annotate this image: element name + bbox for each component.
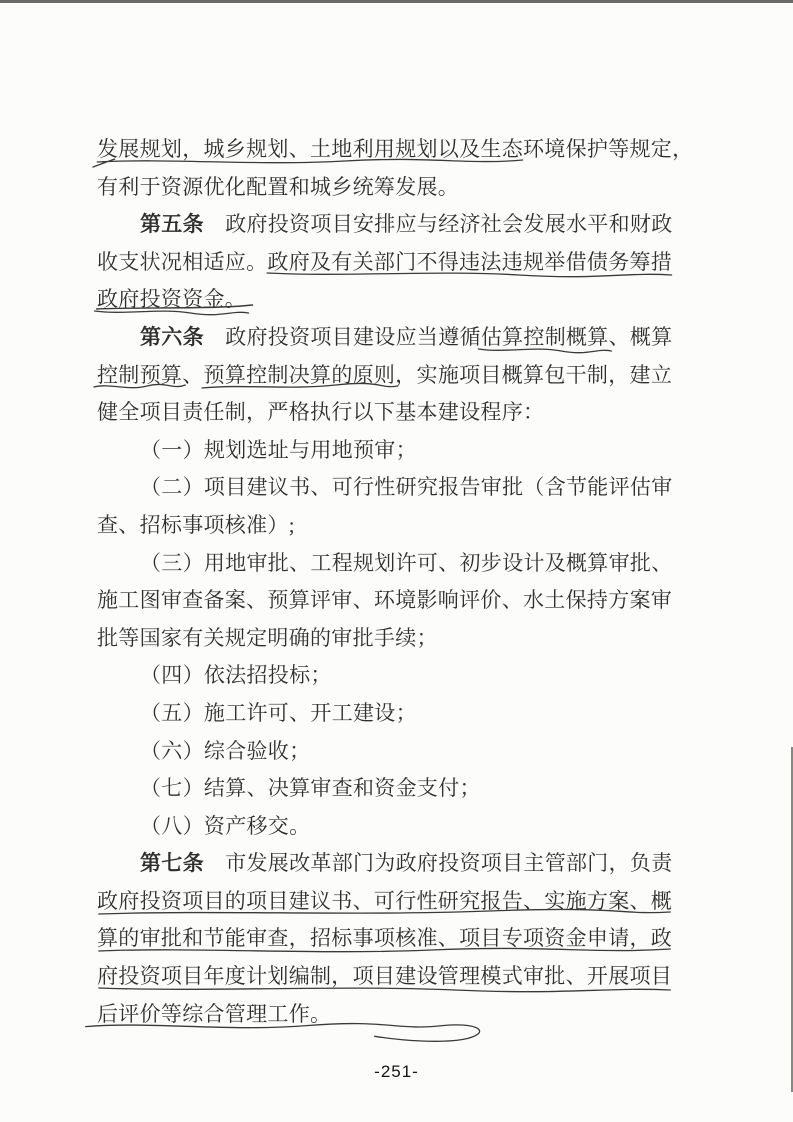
- text-line: 批等国家有关规定明确的审批手续；: [97, 620, 697, 658]
- text: 市发展改革部门为政府投资项目主管部门，负责: [204, 851, 673, 875]
- text-segment: 健全项目责任制，严格执行以下基本建设程序：: [97, 394, 544, 432]
- text: 政府投资项目安排应与经济社会发展水平和财政: [204, 212, 673, 236]
- text: （一）规划选址与用地预审；: [140, 438, 417, 462]
- text-segment: 批等国家有关规定明确的审批手续；: [97, 620, 438, 658]
- text-segment: （八）资产移交。: [140, 808, 310, 846]
- underlined-text: 政府投资资金。: [97, 281, 246, 319]
- text: ，实施项目概算包干制，建立: [395, 363, 672, 387]
- text: 环境保护等规定，: [523, 137, 693, 161]
- text-segment: 政府投资项目安排应与经济社会发展水平和财政: [204, 206, 673, 244]
- underlined-text: 预算控制决算的原则: [204, 357, 396, 395]
- text: 、概算: [609, 325, 673, 349]
- text-line: 府投资项目年度计划编制，项目建设管理模式审批、开展项目: [97, 958, 697, 996]
- article-heading: 第五条: [140, 206, 204, 244]
- underlined-text: 政府投资项目的项目建议书、可行性研究报告、实施方案、概: [97, 883, 672, 921]
- underlined-text: 政府及有关部门不得违法违规举借债务筹措: [267, 244, 672, 282]
- text-line: （四）依法招投标；: [97, 657, 697, 695]
- text: 估算控制概算: [481, 325, 609, 349]
- text: （三）用地审批、工程规划许可、初步设计及概算审批、: [140, 551, 673, 575]
- text-line: 控制预算、预算控制决算的原则，实施项目概算包干制，建立: [97, 357, 697, 395]
- page-number: -251-: [0, 1062, 793, 1082]
- text: 第六条: [140, 325, 204, 349]
- text-line: （七）结算、决算审查和资金支付；: [97, 770, 697, 808]
- text: （四）依法招投标；: [140, 663, 332, 687]
- scan-edge-artifact-top: [0, 0, 793, 3]
- text: 政府投资项目的项目建议书、可行性研究报告、实施方案、概: [97, 889, 672, 913]
- text: 第五条: [140, 212, 204, 236]
- text: 查、招标事项核准）;: [97, 513, 295, 537]
- text-line: 算的审批和节能审查，招标事项核准、项目专项资金申请，政: [97, 920, 697, 958]
- text-segment: 环境保护等规定，: [523, 131, 693, 169]
- text-line: 有利于资源优化配置和城乡统筹发展。: [97, 169, 697, 207]
- text: 府投资项目年度计划编制，项目建设管理模式审批、开展项目: [97, 964, 672, 988]
- text: 预算控制决算的原则: [204, 363, 396, 387]
- text-line: 政府投资项目的项目建议书、可行性研究报告、实施方案、概: [97, 883, 697, 921]
- scanned-document-page: 发展规划，城乡规划、土地利用规划以及生态环境保护等规定，有利于资源优化配置和城乡…: [0, 0, 793, 1122]
- text: 有利于资源优化配置和城乡统筹发展。: [97, 175, 459, 199]
- text-segment: 市发展改革部门为政府投资项目主管部门，负责: [204, 845, 673, 883]
- text-segment: （二）项目建议书、可行性研究报告审批（含节能评估审: [140, 469, 673, 507]
- text-line: （八）资产移交。: [97, 808, 697, 846]
- text: 后评价等综合管理工作。: [97, 1002, 331, 1026]
- document-body: 发展规划，城乡规划、土地利用规划以及生态环境保护等规定，有利于资源优化配置和城乡…: [97, 131, 697, 1033]
- underlined-text: 府投资项目年度计划编制，项目建设管理模式审批、开展项目: [97, 958, 672, 996]
- text-segment: （六）综合验收；: [140, 733, 310, 771]
- text: 第七条: [140, 851, 204, 875]
- text-line: 第六条 政府投资项目建设应当遵循估算控制概算、概算: [97, 319, 697, 357]
- text-segment: 政府投资项目建设应当遵循: [204, 319, 481, 357]
- text: （七）结算、决算审查和资金支付；: [140, 776, 481, 800]
- text: （二）项目建议书、可行性研究报告审批（含节能评估审: [140, 475, 673, 499]
- text-line: 政府投资资金。: [97, 281, 697, 319]
- text: 施工图审查备案、预算评审、环境影响评价、水土保持方案审: [97, 588, 672, 612]
- text-segment: （五）施工许可、开工建设；: [140, 695, 417, 733]
- text-line: 第五条 政府投资项目安排应与经济社会发展水平和财政: [97, 206, 697, 244]
- text-line: （二）项目建议书、可行性研究报告审批（含节能评估审: [97, 469, 697, 507]
- text-segment: （七）结算、决算审查和资金支付；: [140, 770, 481, 808]
- text-line: （一）规划选址与用地预审；: [97, 432, 697, 470]
- text-segment: 、概算: [609, 319, 673, 357]
- text-segment: （三）用地审批、工程规划许可、初步设计及概算审批、: [140, 545, 673, 583]
- text: 批等国家有关规定明确的审批手续；: [97, 626, 438, 650]
- text-line: 施工图审查备案、预算评审、环境影响评价、水土保持方案审: [97, 582, 697, 620]
- text-line: （三）用地审批、工程规划许可、初步设计及概算审批、: [97, 545, 697, 583]
- text: 政府及有关部门不得违法违规举借债务筹措: [267, 250, 672, 274]
- text: 、: [182, 363, 203, 387]
- text: 收支状况相适应。: [97, 250, 267, 274]
- text-line: 查、招标事项核准）;: [97, 507, 697, 545]
- text: 算的审批和节能审查，招标事项核准、项目专项资金申请，政: [97, 926, 672, 950]
- text-line: 发展规划，城乡规划、土地利用规划以及生态环境保护等规定，: [97, 131, 697, 169]
- text: （八）资产移交。: [140, 814, 310, 838]
- text: 发展规划，城乡规划、土地利用规划以及生态: [97, 137, 523, 161]
- text-segment: 、: [182, 357, 203, 395]
- text-segment: （四）依法招投标；: [140, 657, 332, 695]
- text: （五）施工许可、开工建设；: [140, 701, 417, 725]
- underlined-text: 发展规划，城乡规划、土地利用规划以及生态: [97, 131, 523, 169]
- text-segment: 施工图审查备案、预算评审、环境影响评价、水土保持方案审: [97, 582, 672, 620]
- text-line: 第七条 市发展改革部门为政府投资项目主管部门，负责: [97, 845, 697, 883]
- underlined-text: 控制预算: [97, 357, 182, 395]
- text-line: （六）综合验收；: [97, 733, 697, 771]
- text-segment: 查、招标事项核准）;: [97, 507, 295, 545]
- article-heading: 第六条: [140, 319, 204, 357]
- text-segment: （一）规划选址与用地预审；: [140, 432, 417, 470]
- text: 控制预算: [97, 363, 182, 387]
- text-segment: 收支状况相适应。: [97, 244, 267, 282]
- text: 政府投资项目建设应当遵循: [204, 325, 481, 349]
- underlined-text: 算的审批和节能审查，招标事项核准、项目专项资金申请，政: [97, 920, 672, 958]
- text-line: 收支状况相适应。政府及有关部门不得违法违规举借债务筹措: [97, 244, 697, 282]
- text-segment: 有利于资源优化配置和城乡统筹发展。: [97, 169, 459, 207]
- text-line: 健全项目责任制，严格执行以下基本建设程序：: [97, 394, 697, 432]
- article-heading: 第七条: [140, 845, 204, 883]
- text: （六）综合验收；: [140, 739, 310, 763]
- underlined-text: 估算控制概算: [481, 319, 609, 357]
- text: 政府投资资金。: [97, 287, 246, 311]
- text-line: 后评价等综合管理工作。: [97, 996, 697, 1034]
- underlined-text: 后评价等综合管理工作。: [97, 996, 331, 1034]
- text-line: （五）施工许可、开工建设；: [97, 695, 697, 733]
- text-segment: ，实施项目概算包干制，建立: [395, 357, 672, 395]
- text: 健全项目责任制，严格执行以下基本建设程序：: [97, 400, 544, 424]
